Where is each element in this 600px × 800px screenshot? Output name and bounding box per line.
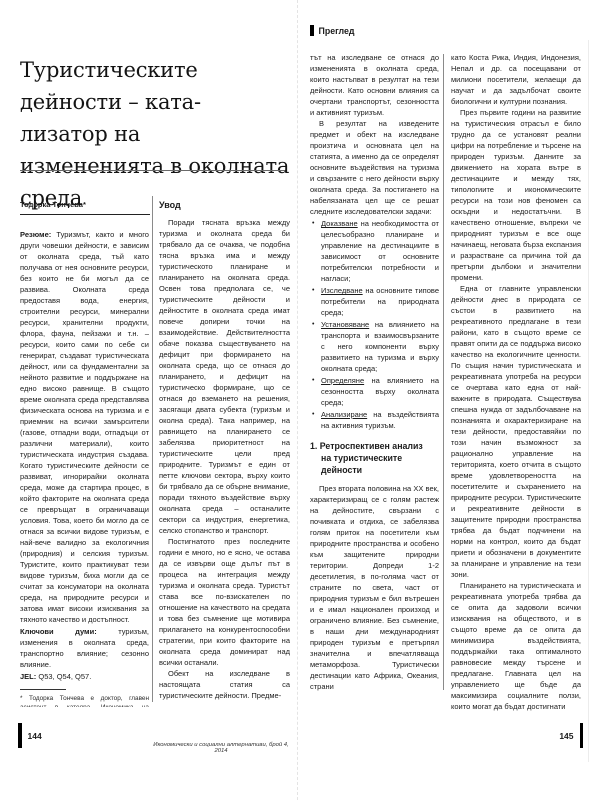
list-item-text: на необходимостта от целесъобразно плани… [321,219,439,283]
bullet-icon: • [312,218,314,229]
keywords-paragraph: Ключови думи: туризъм, изменения в околн… [20,626,149,670]
header-bar-icon [310,25,314,36]
research-tasks-list: •Доказване на необходимостта от целесъоб… [310,218,439,431]
page-number-bar-icon [18,723,22,748]
list-item-lead: Изследване [321,286,363,295]
article-title-line-2: лизатор на измененията в околната [20,118,290,182]
introduction-paragraph: Постигнатото през последните години е мн… [159,536,290,668]
section-heading-line-1: 1. Ретроспективен анализ [310,440,439,452]
footnote-divider-rule [20,689,66,690]
bullet-icon: • [312,409,314,420]
article-title-line-1: Туристическите дейности – ката- [20,54,290,118]
jel-label: JEL: [20,672,36,681]
page-number-value: 145 [559,731,573,741]
page-number-bar-icon [580,723,584,748]
article-title: Туристическите дейности – ката- лизатор … [20,54,290,214]
abstract-text: Туризмът, както и много други човешки де… [20,230,149,624]
journal-footer: Икономически и социални алтернативи, бро… [146,742,296,754]
body-paragraph: В резултат на изведените предмет и обект… [310,118,439,217]
right-page-column-2: като Коста Рика, Индия, Индонезия, Непал… [451,52,581,736]
page-gutter-line [297,0,298,800]
body-paragraph: като Коста Рика, Индия, Индонезия, Непал… [451,52,581,107]
list-item-lead: Доказване [321,219,358,228]
author-name: Тодорка Тончева* [20,200,150,215]
author-footnote: * Тодорка Тончева е доктор, главен асист… [20,694,149,707]
page-number-value: 144 [28,731,42,741]
right-page-column-divider [443,54,444,690]
introduction-paragraph: Обект на изследване в настоящата статия … [159,668,290,701]
list-item-lead: Анализиране [321,410,367,419]
title-divider-rule [20,170,285,171]
list-item: •Анализиране на въздействията на активни… [310,409,439,431]
list-item: •Доказване на необходимостта от целесъоб… [310,218,439,284]
list-item: •Изследване на основните типове потребит… [310,285,439,318]
right-page-column-1: тът на изследване се отнася до изменения… [310,52,439,707]
bullet-icon: • [312,375,314,386]
bullet-icon: • [312,319,314,330]
running-head: Преглед [310,25,354,36]
section-heading: 1. Ретроспективен анализ на туристически… [310,440,439,476]
list-item: •Определяне на влиянието на сезонността … [310,375,439,408]
body-paragraph: През първите години на развитие на турис… [451,107,581,283]
section-heading-line-2: на туристическите дейности [310,452,439,476]
jel-codes: Q53, Q54, Q57. [38,672,91,681]
page-number-left: 144 [18,723,42,748]
body-paragraph: Една от главните управленски дейности дн… [451,283,581,580]
introduction-heading: Увод [159,200,290,211]
page-edge-shadow [588,40,589,762]
left-page-column-divider [152,196,153,702]
abstract-column: Резюме: Туризмът, както и много други чо… [20,229,149,707]
list-item-lead: Определяне [321,376,364,385]
body-paragraph: тът на изследване се отнася до изменения… [310,52,439,118]
list-item: •Установяване на влиянието на транспорта… [310,319,439,374]
abstract-paragraph: Резюме: Туризмът, както и много други чо… [20,229,149,625]
journal-spread: Туристическите дейности – ката- лизатор … [0,0,600,800]
body-paragraph: През втората половина на ХХ век, характе… [310,483,439,692]
body-paragraph: Планирането на туристическата и рекреати… [451,580,581,712]
page-number-right: 145 [540,723,583,748]
introduction-paragraph: Поради тясната връзка между туризма и ок… [159,217,290,536]
list-item-lead: Установяване [321,320,369,329]
abstract-label: Резюме: [20,230,51,239]
jel-line: JEL: Q53, Q54, Q57. [20,671,149,682]
running-head-text: Преглед [319,26,355,36]
keywords-label: Ключови думи: [20,627,97,636]
bullet-icon: • [312,285,314,296]
introduction-column: Увод Поради тясната връзка между туризма… [159,200,290,708]
